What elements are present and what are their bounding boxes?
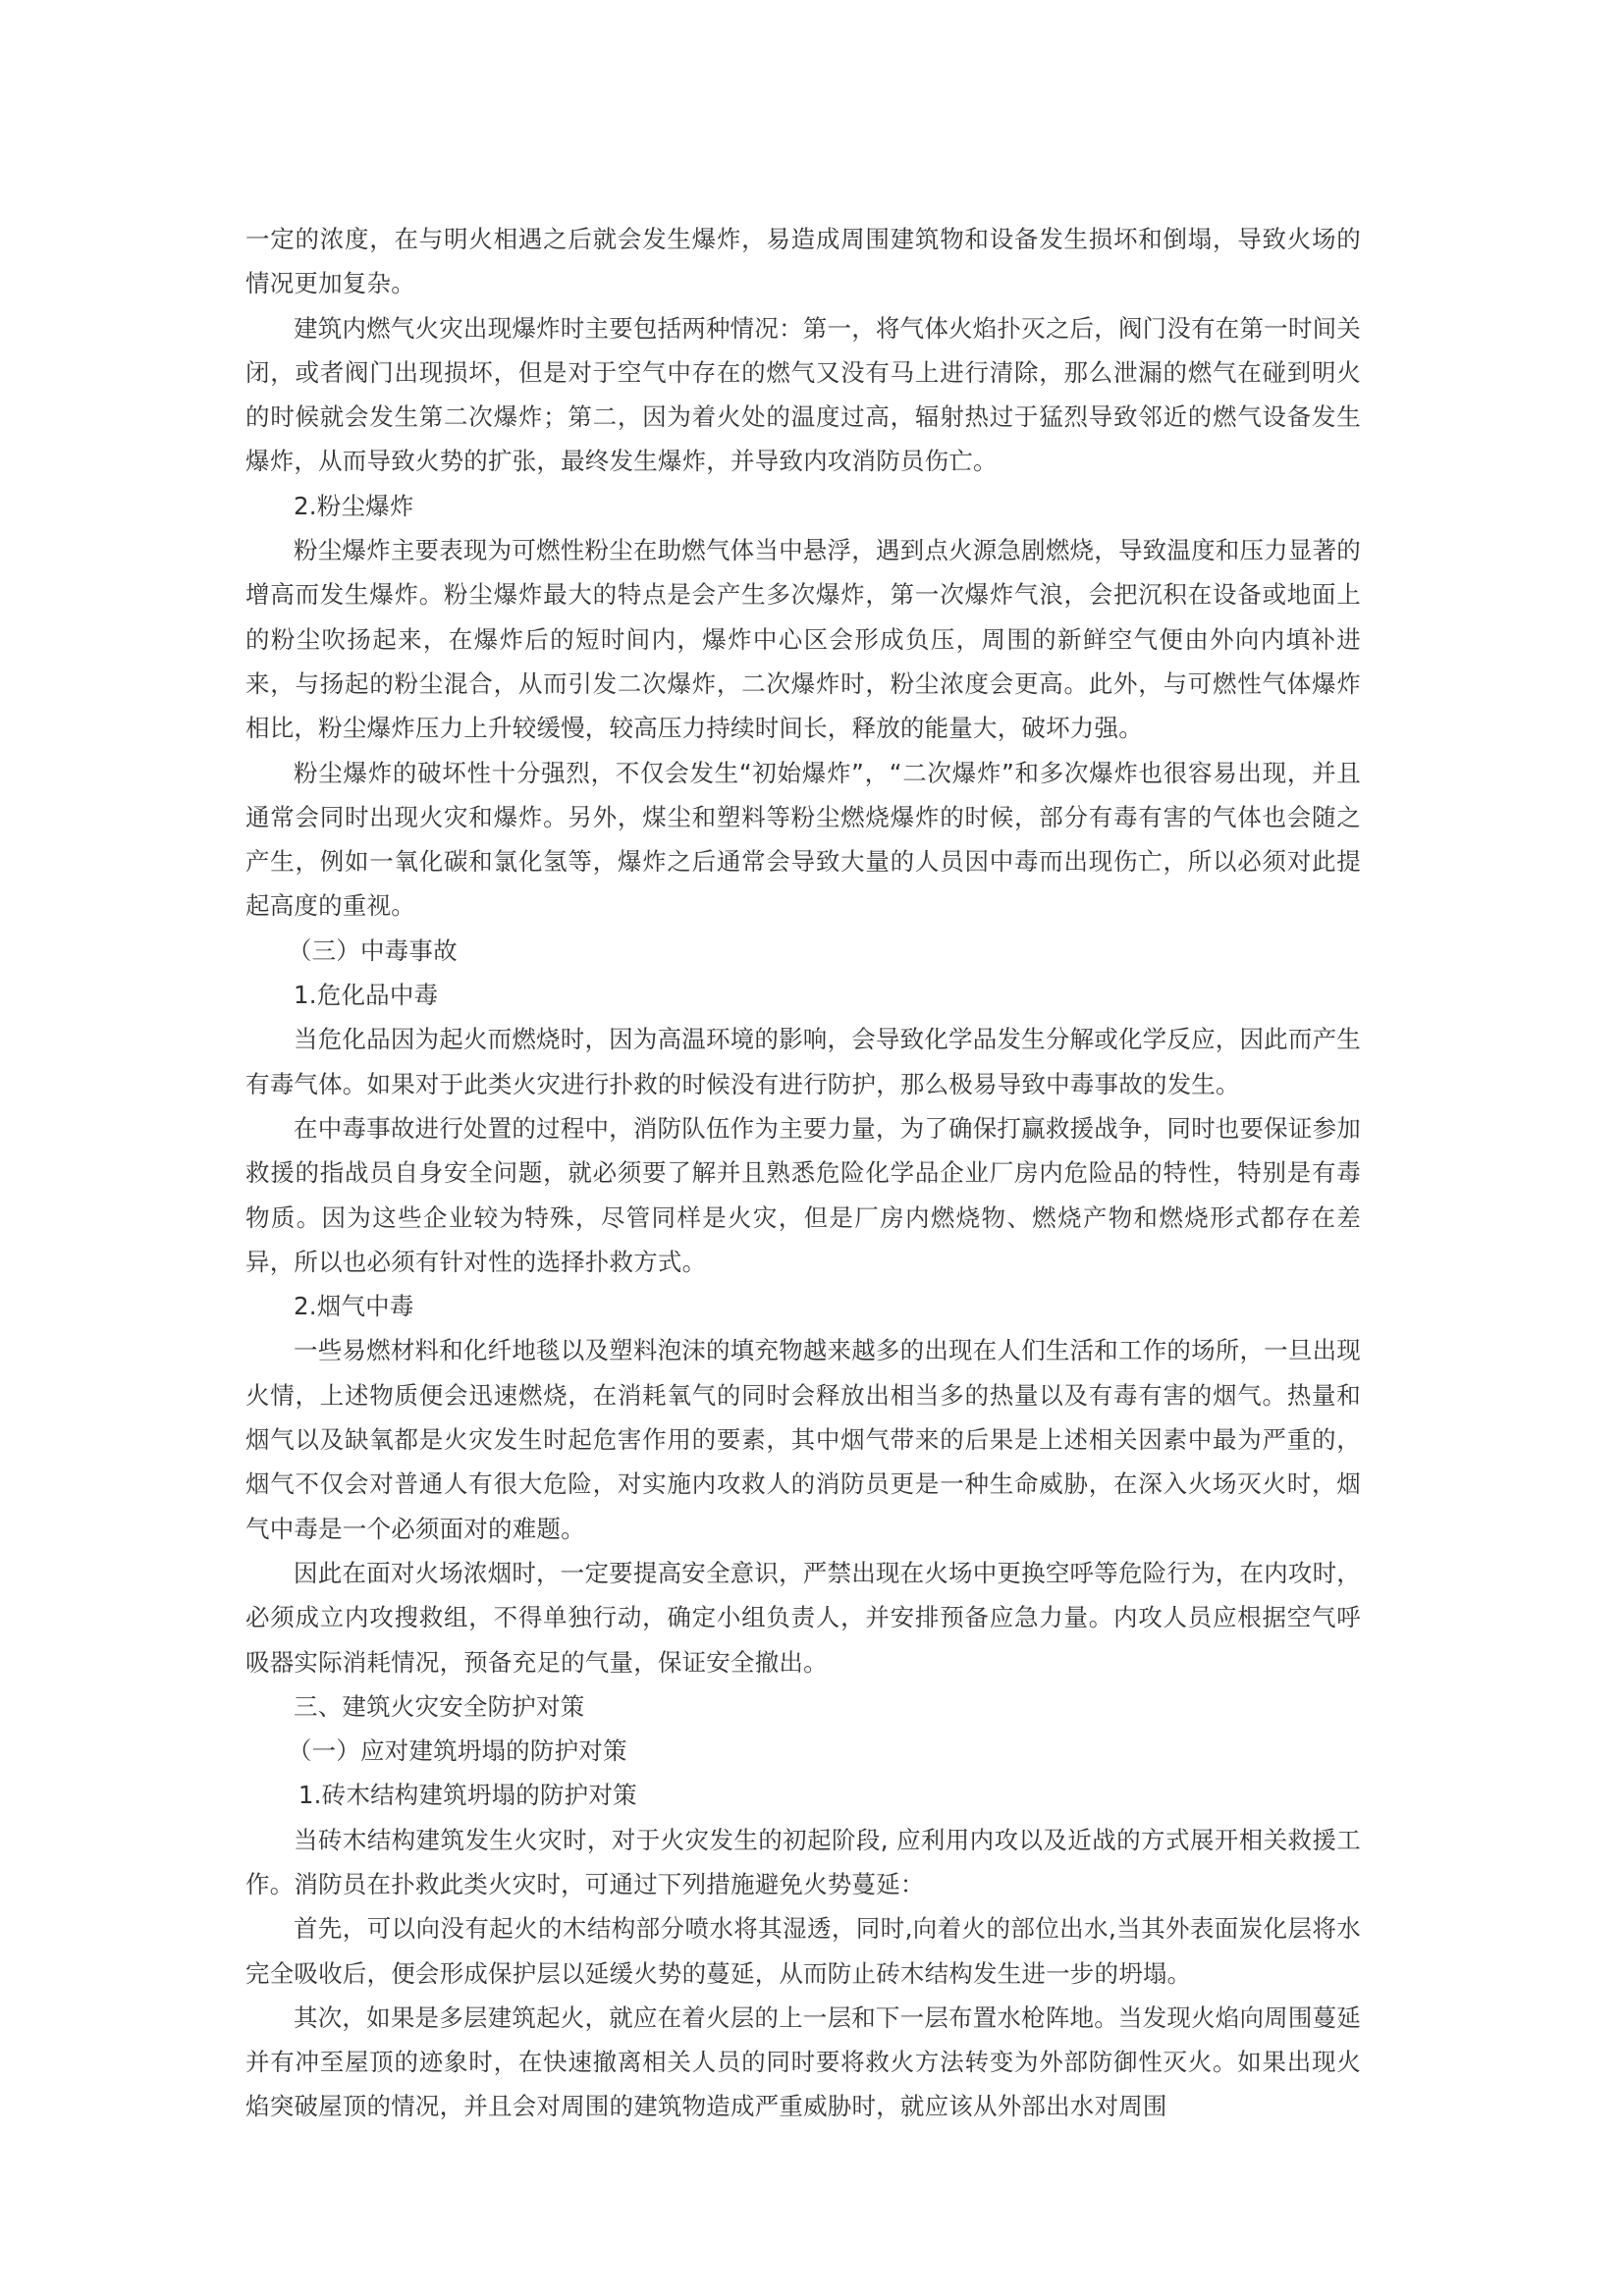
- heading-dust-explosion: 2.粉尘爆炸: [245, 484, 1361, 528]
- paragraph-brick-wood-intro: 当砖木结构建筑发生火灾时，对于火灾发生的初起阶段, 应利用内攻以及近战的方式展开…: [245, 1818, 1361, 1907]
- paragraph-first-measure: 首先，可以向没有起火的木结构部分喷水将其湿透，同时,向着火的部位出水,当其外表面…: [245, 1906, 1361, 1996]
- heading-collapse-countermeasures: （一）应对建筑坍塌的防护对策: [245, 1729, 1361, 1773]
- paragraph-dust-explosion-definition: 粉尘爆炸主要表现为可燃性粉尘在助燃气体当中悬浮，遇到点火源急剧燃烧，导致温度和压…: [245, 528, 1361, 750]
- paragraph-hazchem-response: 在中毒事故进行处置的过程中，消防队伍作为主要力量，为了确保打赢救援战争，同时也要…: [245, 1106, 1361, 1284]
- paragraph-hazchem-toxic-gas: 当危化品因为起火而燃烧时，因为高温环境的影响，会导致化学品发生分解或化学反应，因…: [245, 1017, 1361, 1106]
- heading-hazchem-poisoning: 1.危化品中毒: [245, 973, 1361, 1017]
- paragraph-continuation: 一定的浓度，在与明火相遇之后就会发生爆炸，易造成周围建筑物和设备发生损坏和倒塌，…: [245, 217, 1361, 306]
- paragraph-dust-explosion-hazard: 粉尘爆炸的破坏性十分强烈，不仅会发生“初始爆炸”，“二次爆炸”和多次爆炸也很容易…: [245, 751, 1361, 929]
- paragraph-smoke-safety: 因此在面对火场浓烟时，一定要提高安全意识，严禁出现在火场中更换空呼等危险行为，在…: [245, 1551, 1361, 1684]
- document-page: 一定的浓度，在与明火相遇之后就会发生爆炸，易造成周围建筑物和设备发生损坏和倒塌，…: [245, 217, 1361, 2129]
- paragraph-second-measure: 其次，如果是多层建筑起火，就应在着火层的上一层和下一层布置水枪阵地。当发现火焰向…: [245, 1996, 1361, 2129]
- paragraph-gas-explosion-cases: 建筑内燃气火灾出现爆炸时主要包括两种情况：第一，将气体火焰扑灭之后，阀门没有在第…: [245, 306, 1361, 484]
- heading-section-three: 三、建筑火灾安全防护对策: [245, 1684, 1361, 1729]
- paragraph-smoke-hazard: 一些易燃材料和化纤地毯以及塑料泡沫的填充物越来越多的出现在人们生活和工作的场所，…: [245, 1328, 1361, 1550]
- heading-brick-wood-collapse: 1.砖木结构建筑坍塌的防护对策: [245, 1773, 1361, 1817]
- heading-smoke-poisoning: 2.烟气中毒: [245, 1284, 1361, 1328]
- heading-poisoning-accidents: （三）中毒事故: [245, 929, 1361, 973]
